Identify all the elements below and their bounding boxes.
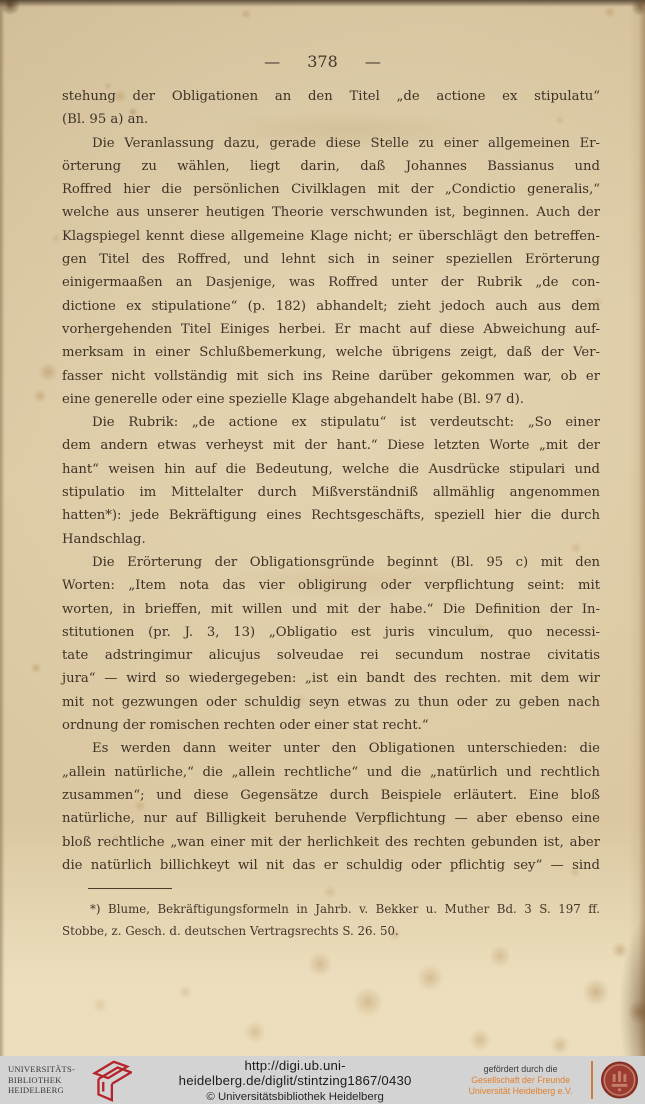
footnote-rule <box>88 888 172 889</box>
text-line: stehung der Obligationen an den Titel „d… <box>62 85 600 108</box>
funding-line2: Gesellschaft der Freunde <box>458 1075 583 1086</box>
text-line: hant“ weisen hin auf die Bedeutung, welc… <box>62 458 600 481</box>
text-line: gen Titel des Roffred, und lehnt sich in… <box>62 248 600 271</box>
text-line: Stobbe, z. Gesch. d. deutschen Vertragsr… <box>62 920 600 942</box>
text-line: zusammen“; und diese Gegensätze durch Be… <box>62 784 600 807</box>
page-edge-right <box>629 0 645 1056</box>
book-page-paper: — 378 — stehung der Obligationen an den … <box>0 0 645 1056</box>
text-line: merksam in einer Schlußbemerkung, welche… <box>62 341 600 364</box>
scanned-book-page: — 378 — stehung der Obligationen an den … <box>0 0 645 1104</box>
footnote: *) Blume, Bekräftigungsformeln in Jahrb.… <box>62 898 600 942</box>
text-line: *) Blume, Bekräftigungsformeln in Jahrb.… <box>62 898 600 920</box>
text-line: die natürlich billichkeyt wil nit das er… <box>62 854 600 877</box>
text-line: dictione ex stipulatione“ (p. 182) abhan… <box>62 295 600 318</box>
document-reference: http://digi.ub.uni-heidelberg.de/diglit/… <box>132 1058 458 1103</box>
funding-line3: Universität Heidelberg e.V. <box>458 1086 583 1097</box>
text-line: mit not gezwungen oder schuldig seyn etw… <box>62 691 600 714</box>
copyright-line: © Universitätsbibliothek Heidelberg <box>132 1091 458 1103</box>
text-line: Die Veranlassung dazu, gerade diese Stel… <box>62 132 600 155</box>
text-line: jura“ — wird so wiedergegeben: „ist ein … <box>62 667 600 690</box>
ub-heidelberg-book-logo-icon <box>86 1057 132 1103</box>
text-line: Die Rubrik: „de actione ex stipulatu“ is… <box>62 411 600 434</box>
university-heidelberg-seal-icon <box>600 1060 639 1100</box>
library-name: UNIVERSITÄTS- BIBLIOTHEK HEIDELBERG <box>8 1064 84 1096</box>
text-line: Worten: „Item nota das vier obligirung o… <box>62 574 600 597</box>
library-name-line2: BIBLIOTHEK <box>8 1075 84 1086</box>
text-line: hatten*): jede Bekräftigung eines Rechts… <box>62 504 600 527</box>
page-edge-top <box>0 0 645 7</box>
text-line: örterung zu wählen, liegt darin, daß Joh… <box>62 155 600 178</box>
text-line: vorhergehenden Titel Einiges herbei. Er … <box>62 318 600 341</box>
page-edge-left <box>0 0 5 1056</box>
funding-line1: gefördert durch die <box>458 1064 583 1075</box>
text-line: stipulatio im Mittelalter durch Mißverst… <box>62 481 600 504</box>
text-line: eine generelle oder eine spezielle Klage… <box>62 388 600 411</box>
text-line: worten, in brieffen, mit willen und mit … <box>62 598 600 621</box>
funding-credit: gefördert durch die Gesellschaft der Fre… <box>458 1064 583 1097</box>
text-line: Es werden dann weiter unter den Obligati… <box>62 737 600 760</box>
text-line: fasser nicht vollständig mit sich ins Re… <box>62 365 600 388</box>
text-line: welche aus unserer heutigen Theorie vers… <box>62 201 600 224</box>
document-url: http://digi.ub.uni-heidelberg.de/diglit/… <box>132 1058 458 1088</box>
text-line: einigermaaßen an Dasjenige, was Roffred … <box>62 271 600 294</box>
body-paragraphs: stehung der Obligationen an den Titel „d… <box>62 85 600 877</box>
page-number: — 378 — <box>0 52 645 71</box>
text-line: „allein natürliche,“ die „allein rechtli… <box>62 761 600 784</box>
library-name-line1: UNIVERSITÄTS- <box>8 1064 84 1075</box>
text-line: ordnung der romischen rechten oder einer… <box>62 714 600 737</box>
text-line: Klagspiegel kennt diese allgemeine Klage… <box>62 225 600 248</box>
text-line: natürliche, nur auf Billigkeit beruhende… <box>62 807 600 830</box>
text-line: stitutionen (pr. J. 3, 13) „Obligatio es… <box>62 621 600 644</box>
library-banner: UNIVERSITÄTS- BIBLIOTHEK HEIDELBERG http… <box>0 1056 645 1104</box>
separator-line <box>591 1061 593 1099</box>
text-line: tate adstringimur alicujus solveudae rei… <box>62 644 600 667</box>
text-line: dem andern etwas verheyst mit der hant.“… <box>62 434 600 457</box>
text-line: Roffred hier die persönlichen Civilklage… <box>62 178 600 201</box>
text-line: bloß rechtliche „wan einer mit der herli… <box>62 831 600 854</box>
text-line: (Bl. 95 a) an. <box>62 108 600 131</box>
library-name-line3: HEIDELBERG <box>8 1085 84 1096</box>
text-line: Die Erörterung der Obligationsgründe beg… <box>62 551 600 574</box>
text-line: Handschlag. <box>62 528 600 551</box>
